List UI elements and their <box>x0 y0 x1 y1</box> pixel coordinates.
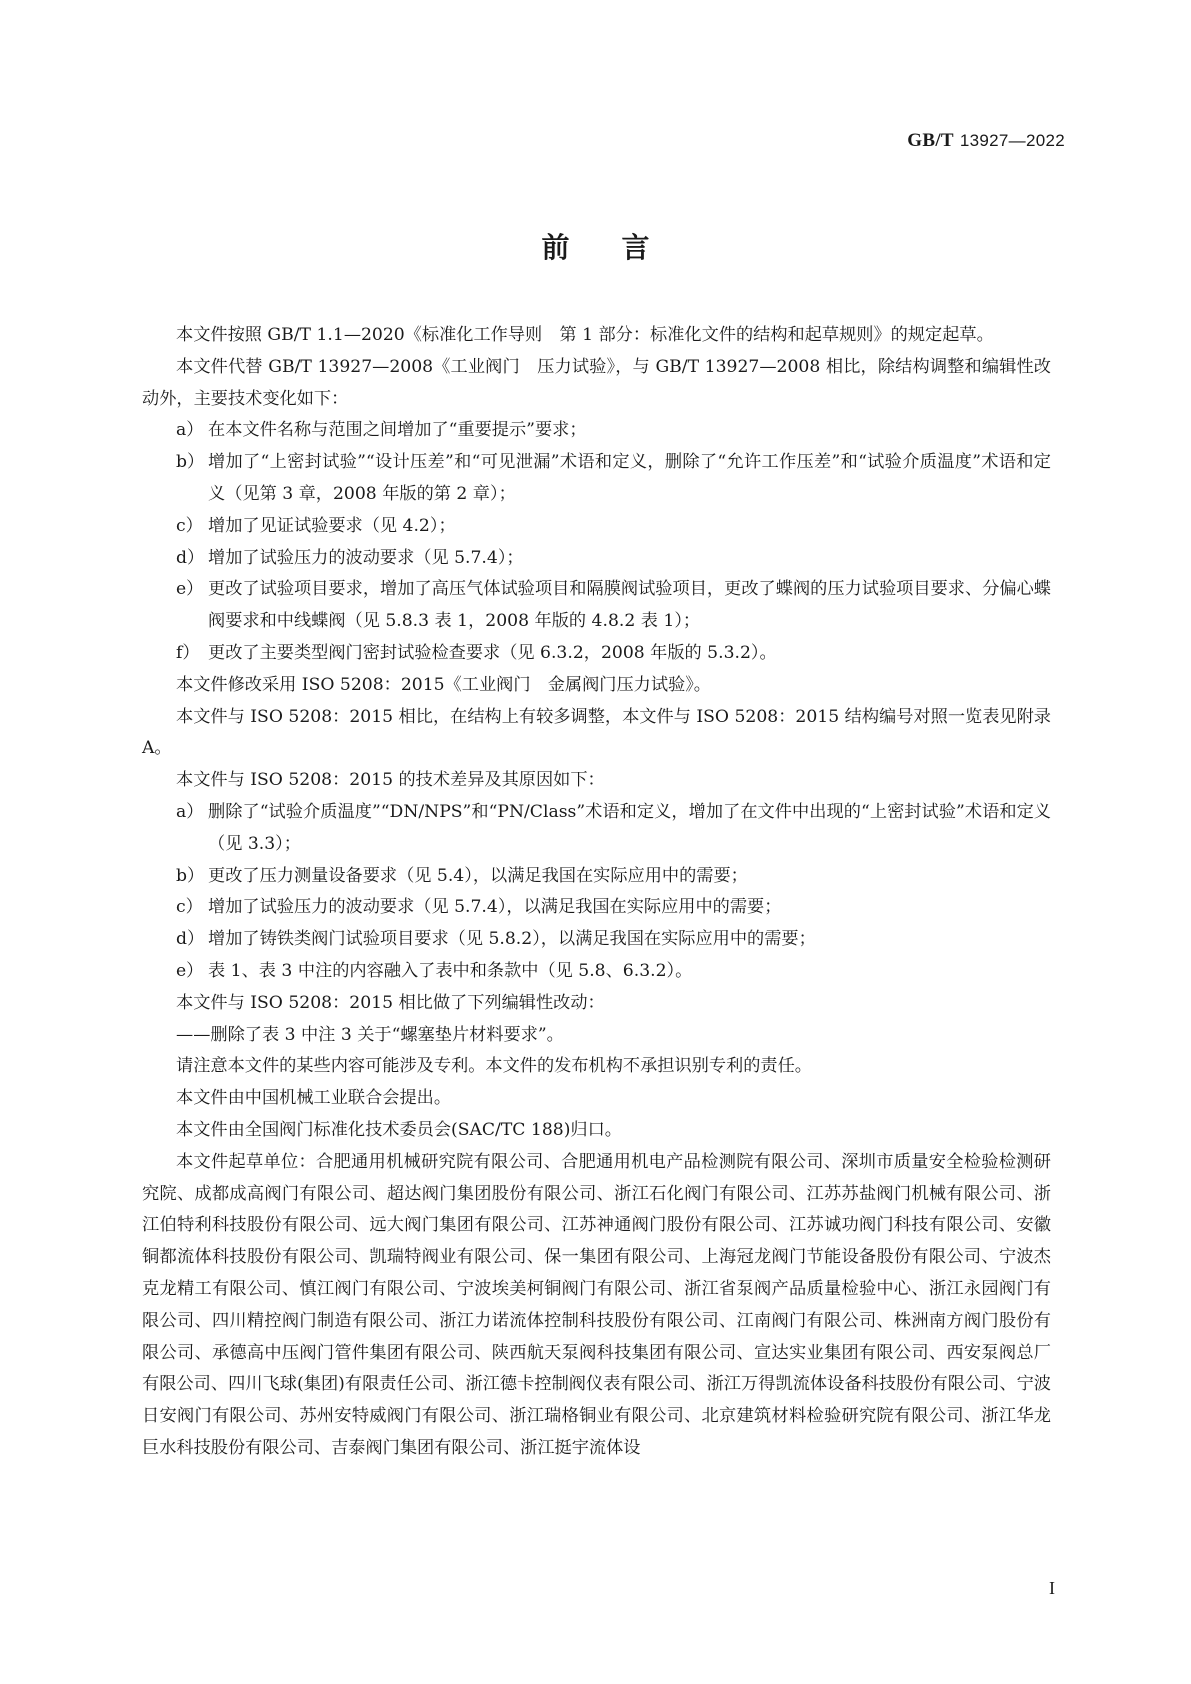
list-item: f）更改了主要类型阀门密封试验检查要求（见 6.3.2，2008 年版的 5.3… <box>142 638 1051 670</box>
list-item: e）更改了试验项目要求，增加了高压气体试验项目和隔膜阀试验项目，更改了蝶阀的压力… <box>142 574 1051 638</box>
technical-differences-list: a）删除了“试验介质温度”“DN/NPS”和“PN/Class”术语和定义，增加… <box>142 797 1051 988</box>
list-text: 增加了试验压力的波动要求（见 5.7.4），以满足我国在实际应用中的需要； <box>208 897 781 917</box>
list-text: 表 1、表 3 中注的内容融入了表中和条款中（见 5.8、6.3.2）。 <box>208 961 692 981</box>
list-marker: c） <box>176 511 203 543</box>
technical-changes-list: a）在本文件名称与范围之间增加了“重要提示”要求； b）增加了“上密封试验”“设… <box>142 415 1051 669</box>
paragraph-replaces: 本文件代替 GB/T 13927—2008《工业阀门 压力试验》，与 GB/T … <box>142 352 1051 416</box>
list-marker: a） <box>176 415 203 447</box>
list-item: b）更改了压力测量设备要求（见 5.4），以满足我国在实际应用中的需要； <box>142 861 1051 893</box>
list-item: d）增加了试验压力的波动要求（见 5.7.4）； <box>142 543 1051 575</box>
page-title: 前言 <box>0 226 1191 266</box>
standard-prefix: GB/T <box>907 130 954 151</box>
list-marker: b） <box>176 861 204 893</box>
list-text: 更改了压力测量设备要求（见 5.4），以满足我国在实际应用中的需要； <box>208 866 748 886</box>
list-text: 更改了试验项目要求，增加了高压气体试验项目和隔膜阀试验项目，更改了蝶阀的压力试验… <box>208 579 1051 631</box>
list-marker: c） <box>176 892 203 924</box>
list-item: a）在本文件名称与范围之间增加了“重要提示”要求； <box>142 415 1051 447</box>
list-text: 更改了主要类型阀门密封试验检查要求（见 6.3.2，2008 年版的 5.3.2… <box>208 643 777 663</box>
list-marker: e） <box>176 574 203 606</box>
paragraph-proposed-by: 本文件由中国机械工业联合会提出。 <box>142 1083 1051 1115</box>
list-item: c）增加了试验压力的波动要求（见 5.7.4），以满足我国在实际应用中的需要； <box>142 892 1051 924</box>
list-text: 在本文件名称与范围之间增加了“重要提示”要求； <box>208 420 587 440</box>
standard-number: GB/T13927—2022 <box>907 130 1065 152</box>
page-number: I <box>1049 1578 1055 1599</box>
list-marker: e） <box>176 956 203 988</box>
list-text: 增加了试验压力的波动要求（见 5.7.4）； <box>208 548 524 568</box>
list-item: a）删除了“试验介质温度”“DN/NPS”和“PN/Class”术语和定义，增加… <box>142 797 1051 861</box>
paragraph-editorial-intro: 本文件与 ISO 5208：2015 相比做了下列编辑性改动： <box>142 988 1051 1020</box>
list-marker: b） <box>176 447 204 479</box>
paragraph-differences-intro: 本文件与 ISO 5208：2015 的技术差异及其原因如下： <box>142 765 1051 797</box>
list-marker: a） <box>176 797 203 829</box>
list-text: 删除了“试验介质温度”“DN/NPS”和“PN/Class”术语和定义，增加了在… <box>208 802 1051 854</box>
list-marker: d） <box>176 543 204 575</box>
paragraph-drafting-rules: 本文件按照 GB/T 1.1—2020《标准化工作导则 第 1 部分：标准化文件… <box>142 320 1051 352</box>
paragraph-administered-by: 本文件由全国阀门标准化技术委员会(SAC/TC 188)归口。 <box>142 1115 1051 1147</box>
list-item: b）增加了“上密封试验”“设计压差”和“可见泄漏”术语和定义，删除了“允许工作压… <box>142 447 1051 511</box>
editorial-change-item: ——删除了表 3 中注 3 关于“螺塞垫片材料要求”。 <box>142 1020 1051 1052</box>
list-item: c）增加了见证试验要求（见 4.2）； <box>142 511 1051 543</box>
list-item: e）表 1、表 3 中注的内容融入了表中和条款中（见 5.8、6.3.2）。 <box>142 956 1051 988</box>
foreword-body: 本文件按照 GB/T 1.1—2020《标准化工作导则 第 1 部分：标准化文件… <box>142 320 1051 1465</box>
paragraph-adoption: 本文件修改采用 ISO 5208：2015《工业阀门 金属阀门压力试验》。 <box>142 670 1051 702</box>
paragraph-drafting-organizations: 本文件起草单位：合肥通用机械研究院有限公司、合肥通用机电产品检测院有限公司、深圳… <box>142 1147 1051 1465</box>
standard-code: 13927—2022 <box>960 131 1065 150</box>
document-page: GB/T13927—2022 前言 本文件按照 GB/T 1.1—2020《标准… <box>0 0 1191 1684</box>
list-text: 增加了“上密封试验”“设计压差”和“可见泄漏”术语和定义，删除了“允许工作压差”… <box>208 452 1051 504</box>
list-item: d）增加了铸铁类阀门试验项目要求（见 5.8.2），以满足我国在实际应用中的需要… <box>142 924 1051 956</box>
list-text: 增加了见证试验要求（见 4.2）； <box>208 516 456 536</box>
list-marker: d） <box>176 924 204 956</box>
list-marker: f） <box>176 638 200 670</box>
paragraph-patent-notice: 请注意本文件的某些内容可能涉及专利。本文件的发布机构不承担识别专利的责任。 <box>142 1051 1051 1083</box>
paragraph-structure: 本文件与 ISO 5208：2015 相比，在结构上有较多调整，本文件与 ISO… <box>142 702 1051 766</box>
list-text: 增加了铸铁类阀门试验项目要求（见 5.8.2），以满足我国在实际应用中的需要； <box>208 929 816 949</box>
